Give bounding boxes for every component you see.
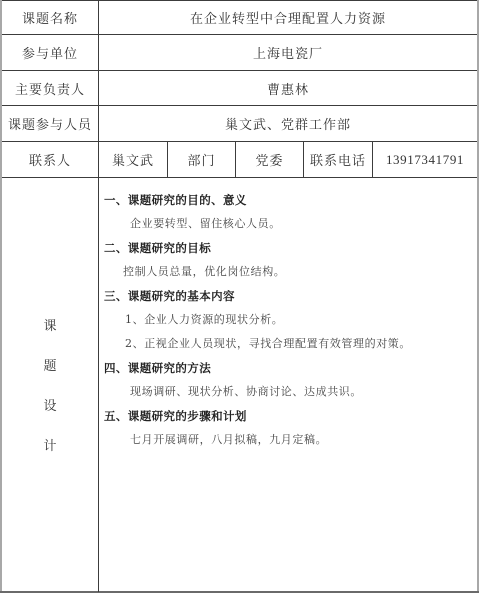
label-participants: 课题参与人员 xyxy=(2,106,98,141)
label-char: 课 xyxy=(43,320,56,334)
section-text: 控制人员总量，优化岗位结构。 xyxy=(104,260,474,284)
label-char: 设 xyxy=(43,400,56,414)
label-topic-name: 课题名称 xyxy=(2,1,98,34)
label-char: 题 xyxy=(43,360,56,374)
label-department: 部门 xyxy=(168,142,235,177)
section-heading-purpose: 一、课题研究的目的、意义 xyxy=(104,188,474,212)
label-lead-person: 主要负责人 xyxy=(2,71,98,105)
value-contact-name: 巢文武 xyxy=(99,142,167,177)
label-participating-unit: 参与单位 xyxy=(2,35,98,70)
value-topic-name: 在企业转型中合理配置人力资源 xyxy=(99,1,477,34)
value-participants: 巢文武、党群工作部 xyxy=(99,106,477,141)
label-phone: 联系电话 xyxy=(304,142,372,177)
value-phone: 13917341791 xyxy=(373,142,477,177)
value-participating-unit: 上海电瓷厂 xyxy=(99,35,477,70)
section-heading-plan: 五、课题研究的步骤和计划 xyxy=(104,404,474,428)
section-text: 七月开展调研，八月拟稿，九月定稿。 xyxy=(104,428,474,452)
label-char: 计 xyxy=(43,440,56,454)
section-text: 2、正视企业人员现状，寻找合理配置有效管理的对策。 xyxy=(104,332,474,356)
section-text: 1、企业人力资源的现状分析。 xyxy=(104,308,474,332)
section-heading-goal: 二、课题研究的目标 xyxy=(104,236,474,260)
section-heading-method: 四、课题研究的方法 xyxy=(104,356,474,380)
section-heading-content: 三、课题研究的基本内容 xyxy=(104,284,474,308)
section-text: 企业要转型、留住核心人员。 xyxy=(104,212,474,236)
label-contact: 联系人 xyxy=(2,142,98,177)
form-page: 课题名称 在企业转型中合理配置人力资源 参与单位 上海电瓷厂 主要负责人 曹惠林… xyxy=(0,0,479,593)
section-text: 现场调研、现状分析、协商讨论、达成共识。 xyxy=(104,380,474,404)
value-department: 党委 xyxy=(236,142,303,177)
label-topic-design: 课 题 设 计 xyxy=(2,178,98,591)
value-lead-person: 曹惠林 xyxy=(99,71,477,105)
topic-design-content: 一、课题研究的目的、意义 企业要转型、留住核心人员。 二、课题研究的目标 控制人… xyxy=(104,188,474,452)
